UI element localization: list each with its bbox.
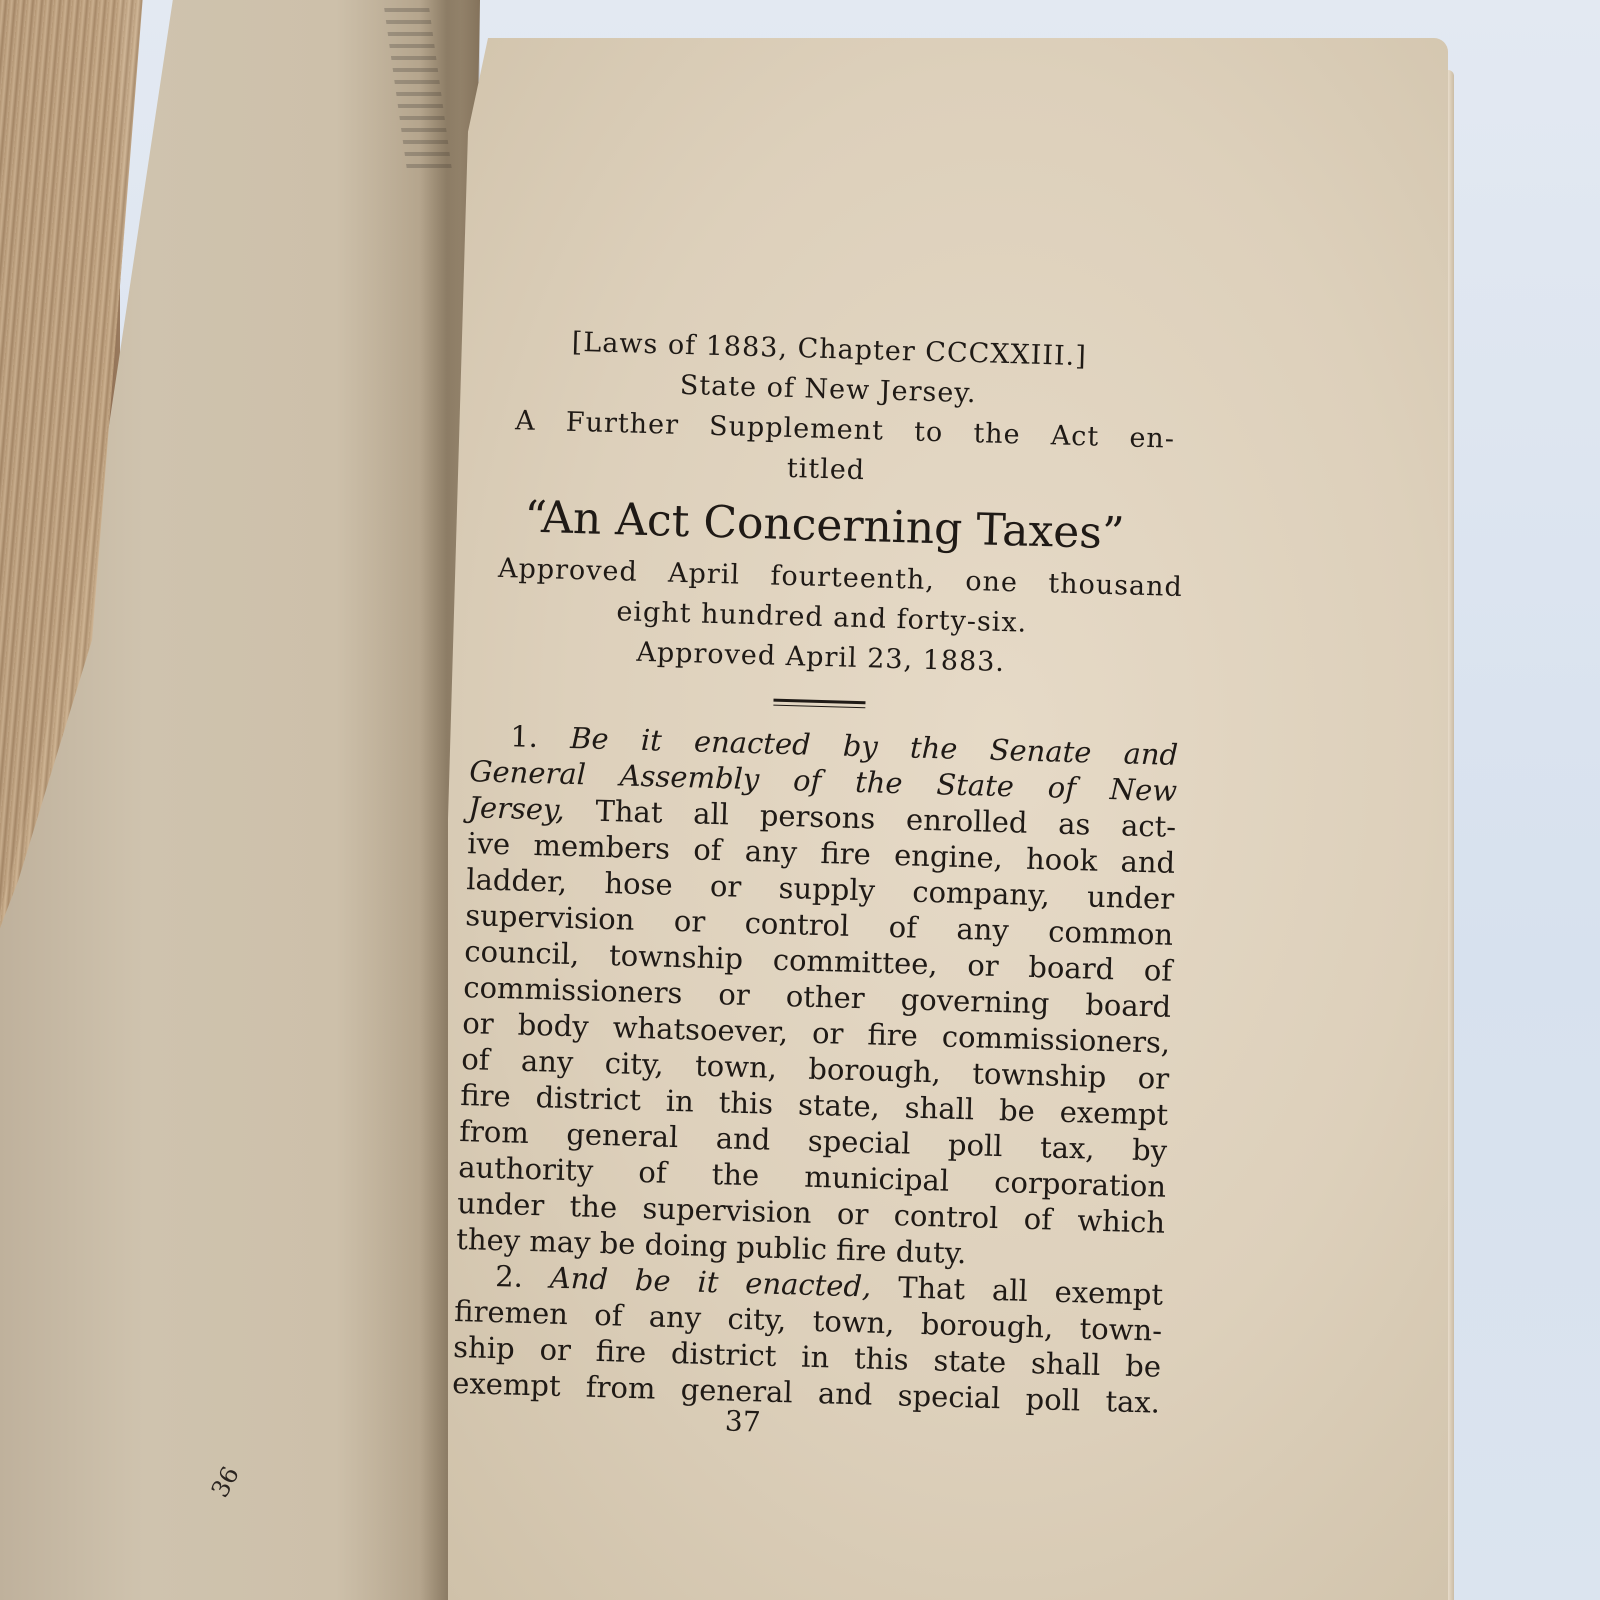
act-body: 1. Be it enacted by the Senate and Gener… [440,717,1179,1421]
italic-text: Jersey, [468,790,565,827]
word: the [973,414,1021,455]
word: to [914,412,944,453]
word: April [668,554,741,596]
word: Approved [498,549,639,593]
word: Supplement [709,407,885,452]
double-rule-divider [773,699,865,709]
section-number: 2. [495,1259,524,1294]
word: en- [1129,418,1176,459]
word: one [965,562,1019,603]
right-page-content: [Laws of 1883, Chapter CCCXXIII.] State … [440,320,1190,1421]
word: thousand [1048,564,1184,608]
word: Act [1050,416,1100,457]
right-page-number: 37 [724,1404,761,1438]
section-number: 1. [510,719,539,754]
word: A [515,401,537,442]
word: fourteenth, [770,556,936,601]
word: Further [565,403,679,446]
act-heading: [Laws of 1883, Chapter CCCXXIII.] State … [460,320,1189,688]
